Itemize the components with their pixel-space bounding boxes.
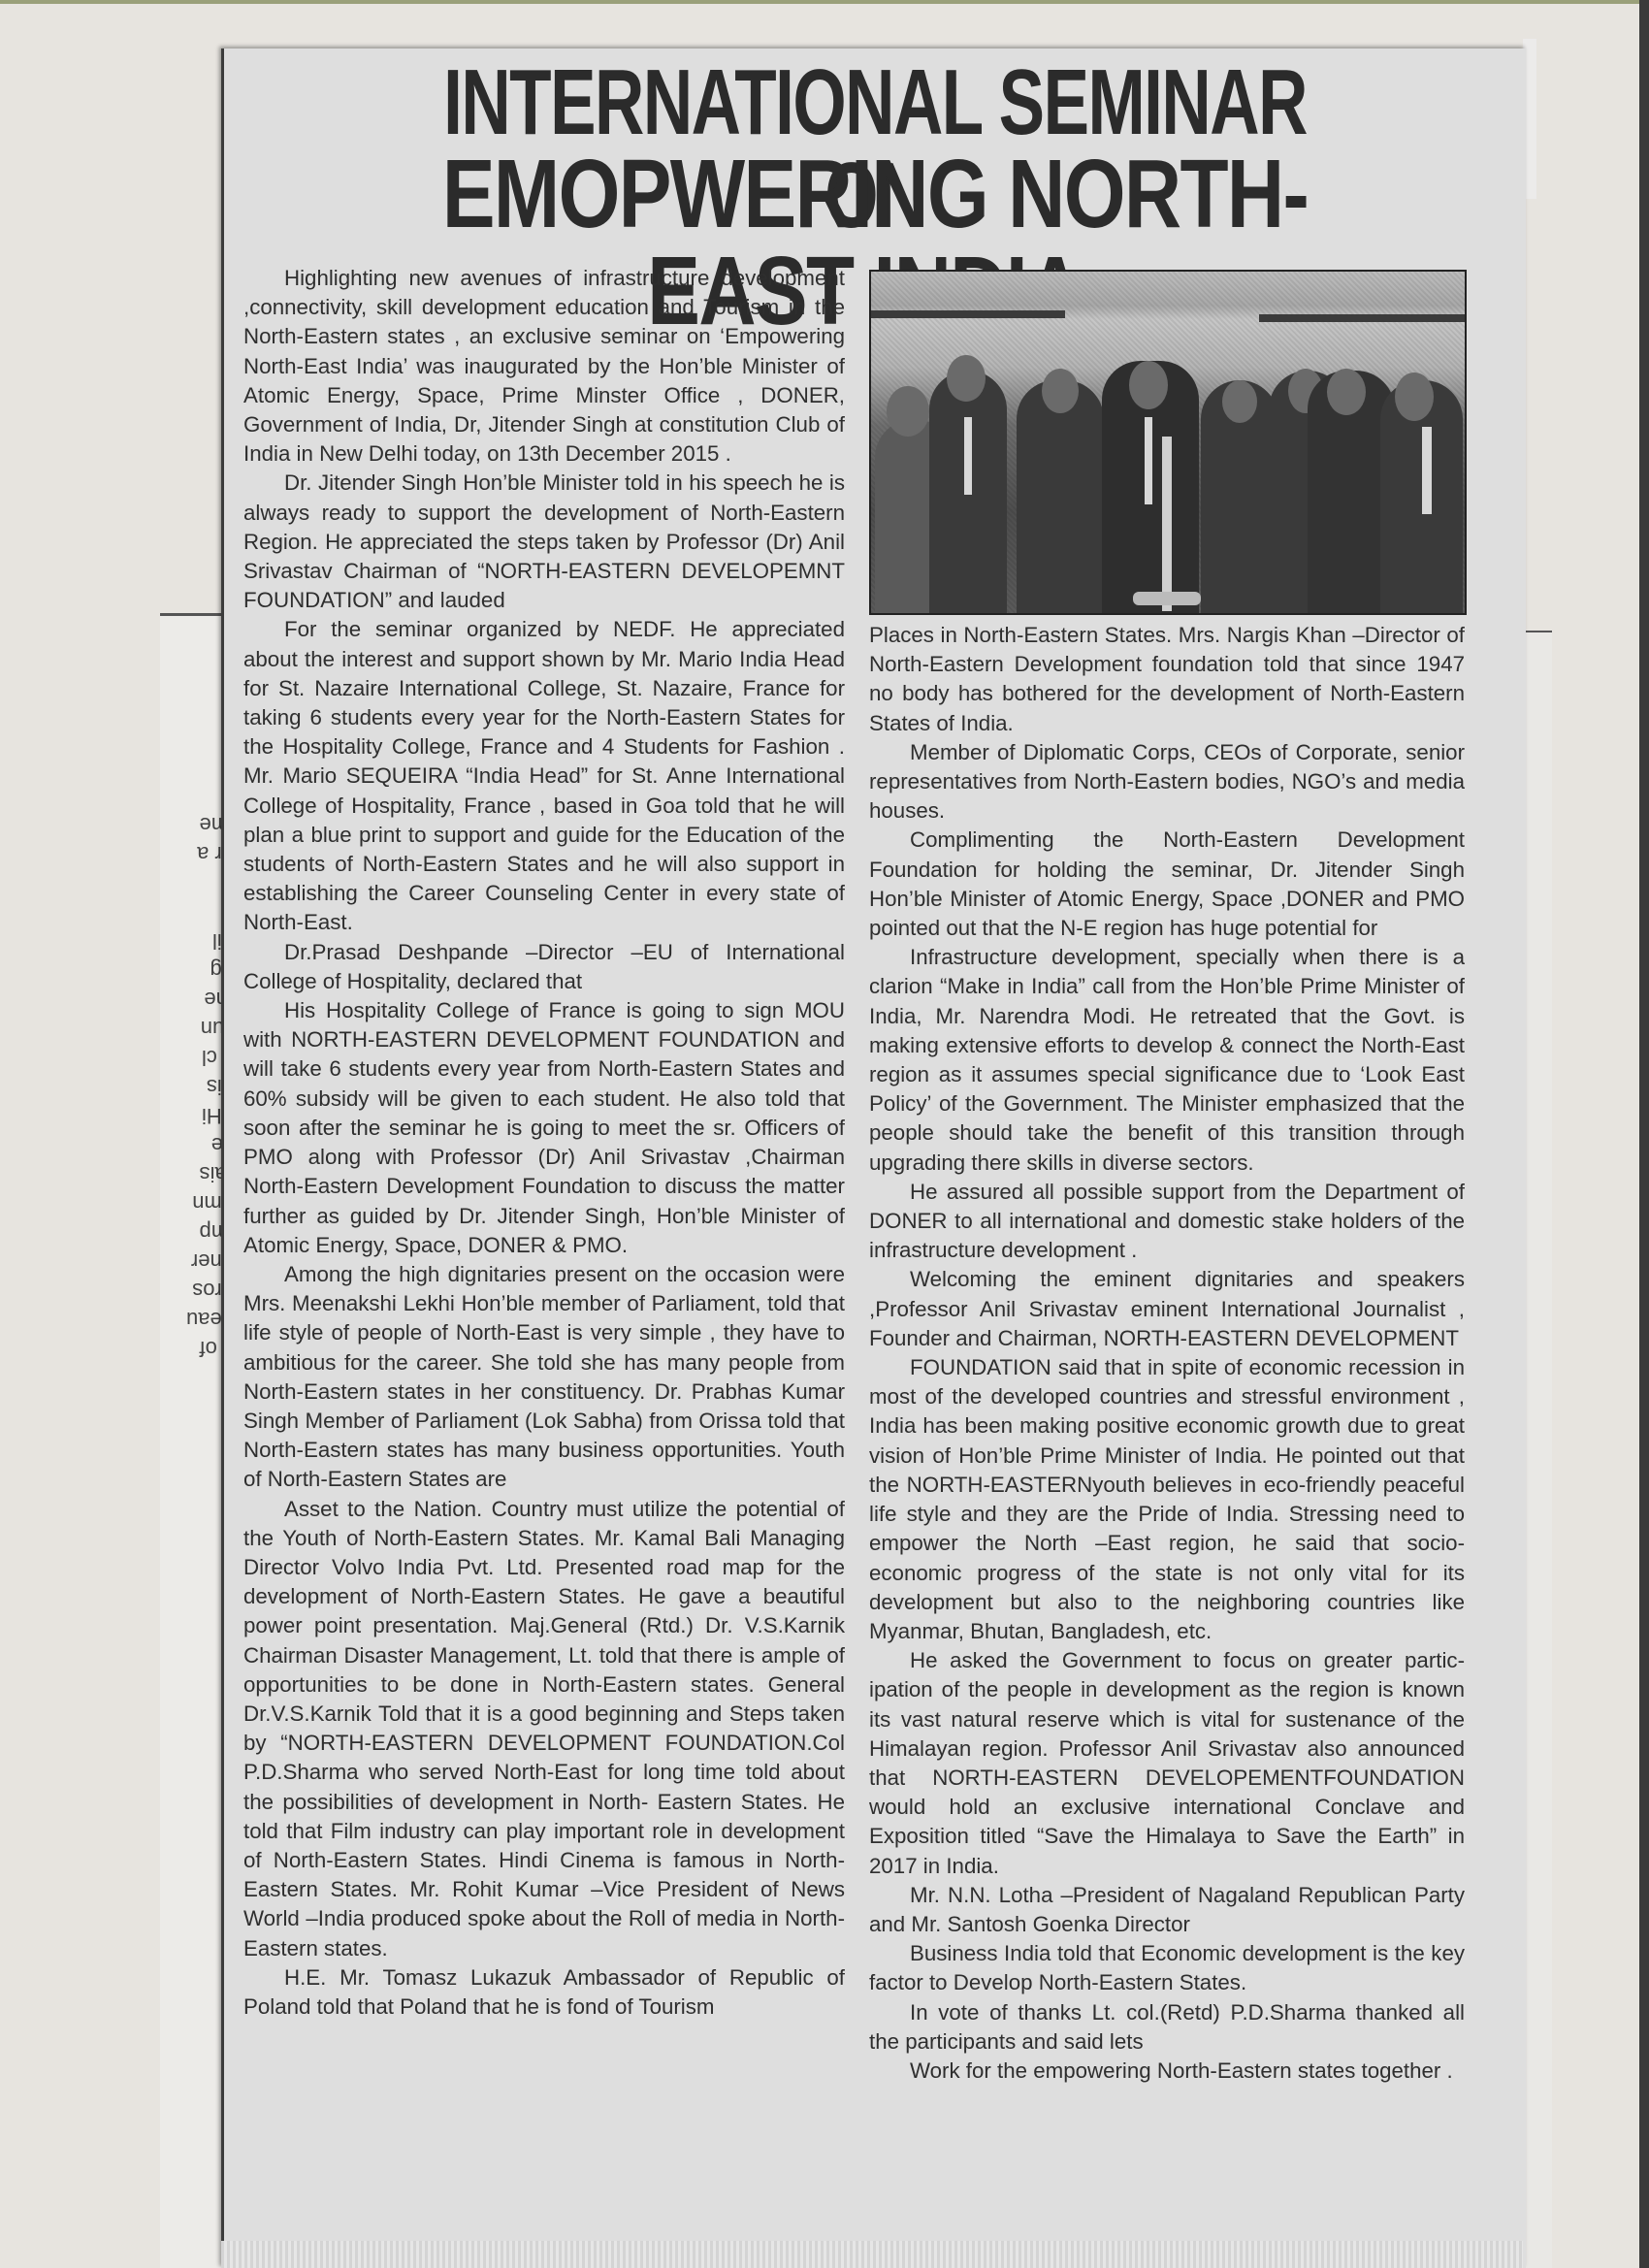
paragraph: Member of Diplomatic Corps, CEOs of Corp… bbox=[869, 738, 1465, 826]
lamp-base bbox=[1133, 592, 1201, 605]
paragraph: Business India told that Economic develo… bbox=[869, 1939, 1465, 1997]
scanner-right-edge bbox=[1639, 0, 1649, 2268]
paragraph: Dr.Prasad Deshpande –Director –EU of Int… bbox=[243, 938, 845, 996]
paragraph: He asked the Government to focus on grea… bbox=[869, 1646, 1465, 1881]
person-head bbox=[1222, 380, 1257, 423]
person-head bbox=[1327, 369, 1366, 415]
ceremonial-lamp bbox=[1162, 437, 1172, 611]
underlying-sheet-right bbox=[1523, 631, 1552, 2268]
banner-stripe bbox=[1259, 314, 1465, 322]
paragraph: Work for the empowering North-Eastern st… bbox=[869, 2057, 1465, 2086]
paragraph: Mr. N.N. Lotha –President of Nagaland Re… bbox=[869, 1881, 1465, 1939]
newspaper-clipping: INTERNATIONAL SEMINAR ON EMOPWERING NORT… bbox=[221, 49, 1526, 2268]
person-head bbox=[1395, 373, 1434, 421]
person-head bbox=[1042, 369, 1079, 413]
shirt bbox=[1145, 417, 1152, 504]
person-figure bbox=[1017, 380, 1104, 613]
banner-stripe bbox=[871, 310, 1065, 318]
paragraph: His Hospitality College of France is goi… bbox=[243, 996, 845, 1260]
paragraph-continuation: Places in North-Eastern States. Mrs. Nar… bbox=[869, 621, 1465, 738]
scanner-top-edge bbox=[0, 0, 1649, 4]
article-left-column: Highlighting new avenues of infrastructu… bbox=[243, 264, 845, 2022]
paragraph: Among the high dignitaries present on th… bbox=[243, 1260, 845, 1495]
shirt bbox=[964, 417, 972, 495]
person-head bbox=[1129, 361, 1168, 409]
paragraph: Highlighting new avenues of infrastructu… bbox=[243, 264, 845, 469]
paragraph: In vote of thanks Lt. col.(Retd) P.D.Sha… bbox=[869, 1998, 1465, 2057]
paragraph: For the seminar organized by NEDF. He ap… bbox=[243, 615, 845, 937]
paragraph: Infrastructure development, specially wh… bbox=[869, 943, 1465, 1178]
paragraph: H.E. Mr. Tomasz Lukazuk Ambassador of Re… bbox=[243, 1963, 845, 2022]
shirt bbox=[1422, 427, 1432, 514]
paragraph: FOUNDATION said that in spite of economi… bbox=[869, 1353, 1465, 1646]
event-photo bbox=[869, 270, 1467, 615]
paragraph: Asset to the Nation. Country must utiliz… bbox=[243, 1495, 845, 1963]
person-head bbox=[887, 386, 929, 437]
article-right-column: Places in North-Eastern States. Mrs. Nar… bbox=[869, 621, 1465, 2086]
paragraph: Dr. Jitender Singh Hon’ble Minister told… bbox=[243, 469, 845, 615]
paragraph: Complimenting the North-Eastern Developm… bbox=[869, 826, 1465, 943]
scan-bottom-artifact bbox=[221, 2241, 1523, 2268]
paragraph: Welcoming the eminent dignitaries and sp… bbox=[869, 1265, 1465, 1353]
person-head bbox=[947, 355, 986, 402]
paragraph: He assured all possible support from the… bbox=[869, 1178, 1465, 1266]
